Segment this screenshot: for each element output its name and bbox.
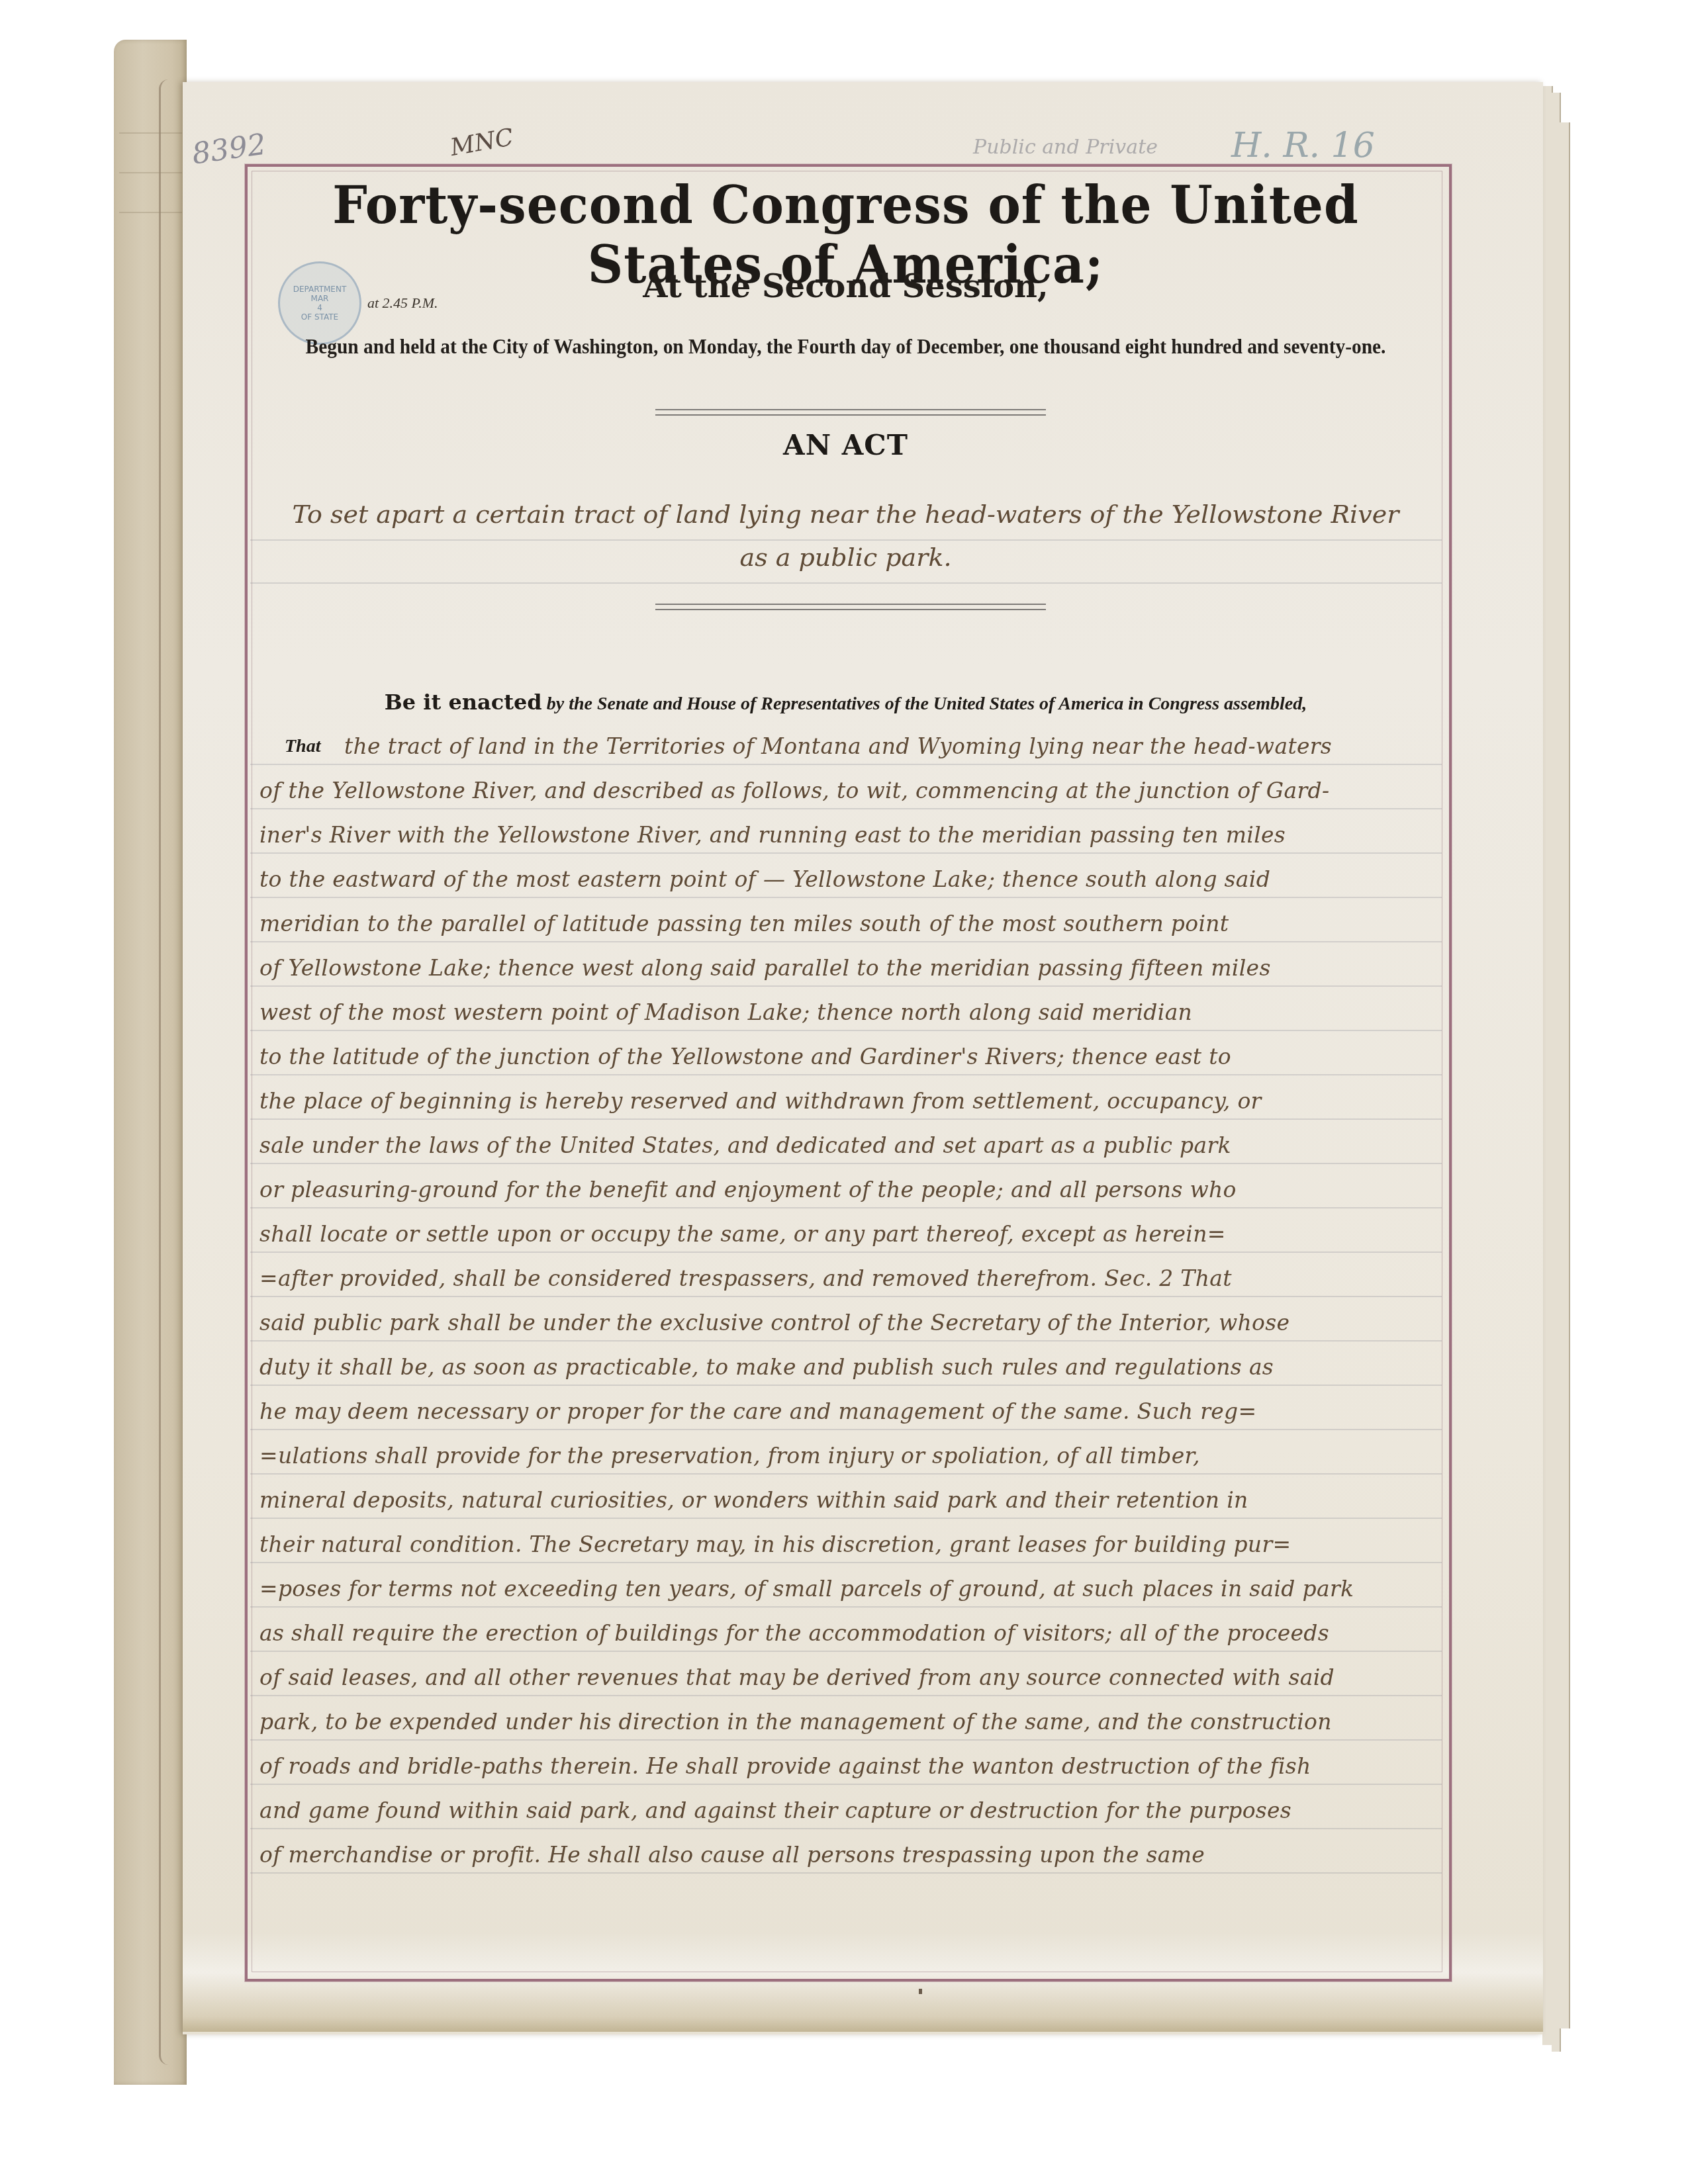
enacting-clause: Be it enacted by the Senate and House of… (245, 690, 1446, 715)
marginal-faint-note: Public and Private (973, 136, 1158, 159)
body-text-line: =poses for terms not exceeding ten years… (259, 1576, 1434, 1602)
body-text-line: =ulations shall provide for the preserva… (259, 1443, 1434, 1469)
ruled-line (250, 582, 1442, 584)
body-text-line: sale under the laws of the United States… (259, 1132, 1434, 1158)
ruled-line (250, 1429, 1442, 1430)
ruled-line (250, 1207, 1442, 1208)
left-page-curl (159, 79, 178, 2065)
enacting-clause-rest: by the Senate and House of Representativ… (547, 694, 1307, 714)
marginal-bill-number: H. R. 16 (1231, 126, 1375, 165)
page-mark (919, 1989, 922, 1994)
ruled-line (250, 1606, 1442, 1608)
body-text-line: park, to be expended under his direction… (259, 1709, 1434, 1735)
ruled-line (250, 1695, 1442, 1696)
body-text-line: iner's River with the Yellowstone River,… (259, 822, 1434, 848)
body-text-line: the place of beginning is hereby reserve… (259, 1088, 1434, 1114)
ruled-line (250, 1251, 1442, 1253)
body-text-line: meridian to the parallel of latitude pas… (259, 911, 1434, 936)
body-text-line: of the Yellowstone River, and described … (259, 778, 1434, 803)
act-title-line-2: as a public park. (245, 543, 1446, 572)
body-text-line: the tract of land in the Territories of … (344, 733, 1436, 759)
stamp-line: OF STATE (280, 312, 359, 322)
act-title-line-1: To set apart a certain tract of land lyi… (245, 500, 1446, 529)
ruled-line (250, 1340, 1442, 1342)
ruled-line (250, 852, 1442, 854)
body-text-line: of merchandise or profit. He shall also … (259, 1842, 1434, 1868)
ruled-line (250, 1518, 1442, 1519)
body-text-line: to the eastward of the most eastern poin… (259, 866, 1434, 892)
act-heading: AN ACT (245, 429, 1446, 461)
body-text-line: duty it shall be, as soon as practicable… (259, 1354, 1434, 1380)
ruled-line (250, 1074, 1442, 1075)
ruled-line (250, 1872, 1442, 1874)
left-page-rule (119, 212, 182, 213)
body-text-line: of Yellowstone Lake; thence west along s… (259, 955, 1434, 981)
body-text-line: he may deem necessary or proper for the … (259, 1398, 1434, 1424)
enacting-clause-lead: Be it enacted (385, 690, 542, 715)
body-text-line: of said leases, and all other revenues t… (259, 1664, 1434, 1690)
divider-rule-top (655, 409, 1046, 416)
body-text-line: and game found within said park, and aga… (259, 1797, 1434, 1823)
page-stack-edge (1560, 122, 1570, 2028)
body-text-line: or pleasuring-ground for the benefit and… (259, 1177, 1434, 1203)
left-page-rule (119, 172, 182, 173)
body-text-line: west of the most western point of Madiso… (259, 999, 1434, 1025)
body-text-line: shall locate or settle upon or occupy th… (259, 1221, 1434, 1247)
left-page-rule (119, 132, 182, 134)
ruled-line (250, 1163, 1442, 1164)
ruled-line (250, 1385, 1442, 1386)
body-text-line: their natural condition. The Secretary m… (259, 1531, 1434, 1557)
ruled-line (250, 1828, 1442, 1829)
ruled-line (250, 897, 1442, 898)
ruled-line (250, 1030, 1442, 1031)
body-text-line: =after provided, shall be considered tre… (259, 1265, 1434, 1291)
ruled-line (250, 985, 1442, 987)
body-first-word: That (285, 736, 320, 757)
ruled-line (250, 808, 1442, 809)
ruled-line (250, 764, 1442, 765)
ruled-line (250, 1784, 1442, 1785)
ruled-line (250, 1473, 1442, 1475)
ruled-line (250, 1651, 1442, 1652)
body-text-line: said public park shall be under the excl… (259, 1310, 1434, 1336)
begun-and-held-line: Begun and held at the City of Washington… (293, 334, 1399, 359)
session-heading: At the Second Session, (245, 268, 1446, 305)
ruled-line (250, 1118, 1442, 1120)
body-text-line: mineral deposits, natural curiosities, o… (259, 1487, 1434, 1513)
divider-rule-bottom (655, 604, 1046, 610)
body-text-line: of roads and bridle-paths therein. He sh… (259, 1753, 1434, 1779)
body-text-line: as shall require the erection of buildin… (259, 1620, 1434, 1646)
ruled-line (250, 539, 1442, 541)
body-text-line: to the latitude of the junction of the Y… (259, 1044, 1434, 1069)
ruled-line (250, 1562, 1442, 1563)
ruled-line (250, 941, 1442, 942)
ruled-line (250, 1739, 1442, 1741)
ruled-line (250, 1296, 1442, 1297)
